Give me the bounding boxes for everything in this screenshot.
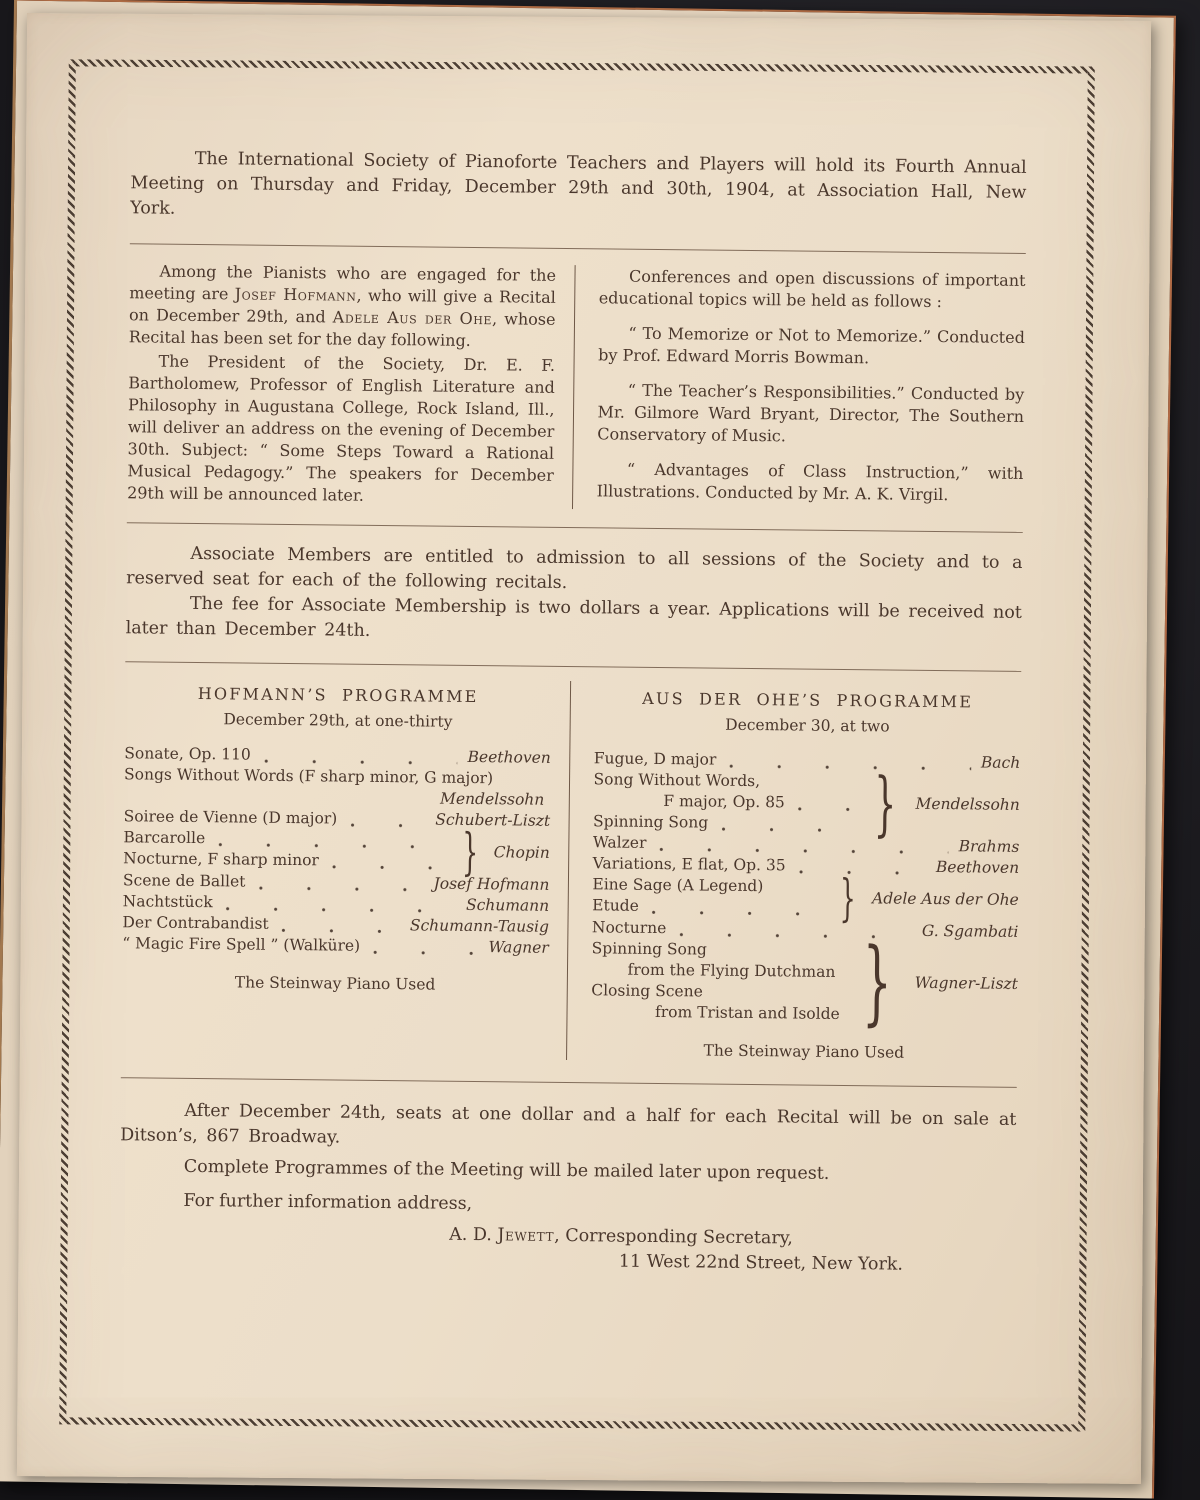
piece-name: Variations, E flat, Op. 35 [593,853,786,876]
program-page: The International Society of Pianoforte … [17,13,1151,1484]
programme-item-group: Spinning Song from the Flying Dutchman C… [591,938,1018,1027]
dot-leader [349,809,425,831]
intro-paragraph: The International Society of Pianoforte … [130,146,1027,231]
membership-section: Associate Members are entitled to admiss… [125,523,1022,671]
dot-leader [331,851,444,873]
composer-name: Mendelssohn [440,789,545,811]
brace-glyph: } [862,944,892,1022]
piece-name: Scene de Ballet [123,870,246,892]
piece-name: F major, Op. 85 [663,791,785,813]
composer-name: Schumann-Tausig [410,915,549,938]
composer-name: Wagner-Liszt [915,973,1018,995]
pianists-paragraph: Among the Pianists who are engaged for t… [129,260,556,353]
dot-leader [281,913,400,935]
dot-leader [217,828,444,851]
conference-topic-3: “ Advantages of Class Instruction,” with… [597,458,1024,507]
programme-item-group: Song Without Words, F major, Op. 85 Spin… [593,769,1020,837]
announcements-section: Among the Pianists who are engaged for t… [127,244,1026,532]
programme-title: HOFMANN’S PROGRAMME [125,682,552,708]
programme-item-group: Eine Sage (A Legend) Etude } Adele Aus d… [592,874,1019,921]
piece-name: from the Flying Dutchman [627,959,835,982]
piece-name: Nachtstück [123,891,213,913]
dot-leader [225,892,457,916]
composer-name: Adele Aus der Ohe [872,888,1019,911]
brace-glyph: } [462,831,478,874]
programme-subtitle: December 29th, at one-thirty [125,708,552,734]
photo-backdrop: { "intro": { "text": "The International … [0,0,1200,1500]
dot-leader [720,813,853,835]
conference-topic-2: “ The Teacher’s Responsibilities.” Condu… [597,379,1024,450]
composer-name: Beethoven [936,857,1019,879]
dot-leader [728,750,971,774]
piece-name: Spinning Song [593,811,708,833]
dot-leader [372,935,478,957]
programme-title: AUS DER OHE’S PROGRAMME [594,687,1021,713]
piece-name: Der Contrabandist [122,912,268,935]
brace-glyph: } [840,877,856,920]
steinway-note: The Steinway Piano Used [122,971,549,997]
piece-name: Sonate, Op. 110 [124,743,251,765]
piece-name: Fugue, D major [594,748,717,770]
composer-name: Brahms [959,836,1020,858]
page-content: The International Society of Pianoforte … [61,66,1088,1428]
piece-name: Nocturne, F sharp minor [123,848,319,871]
composer-name: Chopin [494,842,550,864]
piece-name: Soiree de Vienne (D major) [124,806,338,829]
composer-name: Josef Hofmann [433,873,549,895]
composer-name: Bach [981,752,1021,773]
hofmann-programme-column: HOFMANN’S PROGRAMME December 29th, at on… [121,676,570,1059]
composer-name: Schubert-Liszt [435,810,550,832]
piece-name: Eine Sage (A Legend) [592,875,763,898]
piece-name: Songs Without Words (F sharp minor, G ma… [124,764,493,789]
dot-leader [257,871,423,894]
composer-name: Schumann [466,894,549,916]
piece-name: Song Without Words, [593,769,760,792]
president-paragraph: The President of the Society, Dr. E. F. … [127,350,555,509]
programme-subtitle: December 30, at two [594,713,1021,739]
piece-name: from Tristan and Isolde [655,1001,840,1024]
dot-leader [798,856,926,878]
dot-leader [651,896,823,919]
composer-name: Mendelssohn [915,794,1020,816]
piece-name: Etude [592,896,639,918]
membership-paragraph-2: The fee for Associate Membership is two … [126,591,1022,651]
dot-leader [797,793,853,815]
conference-topic-1: “ To Memorize or Not to Memorize.” Condu… [598,322,1025,371]
piece-name: “ Magic Fire Spell ” (Walküre) [122,933,360,957]
closing-section: After December 24th, seats at one dollar… [119,1078,1017,1279]
closing-paragraph-1: After December 24th, seats at one dollar… [120,1098,1016,1158]
decorative-hatched-border: The International Society of Pianoforte … [59,59,1095,1431]
composer-name: Beethoven [467,747,550,769]
composer-name: Wagner [488,937,549,959]
closing-paragraph-3: For further information address, [119,1188,1015,1223]
conferences-intro-paragraph: Conferences and open discussions of impo… [599,265,1026,314]
composer-name: G. Sgambati [922,920,1019,942]
brace-glyph: } [874,774,897,834]
steinway-note: The Steinway Piano Used [591,1039,1018,1065]
programmes-section: HOFMANN’S PROGRAMME December 29th, at on… [121,662,1021,1086]
closing-paragraph-2: Complete Programmes of the Meeting will … [120,1154,1016,1189]
piece-name: Spinning Song [592,938,707,960]
ausderohe-programme-column: AUS DER OHE’S PROGRAMME December 30, at … [566,681,1022,1064]
dot-leader [263,745,458,768]
piece-name: Closing Scene [591,980,703,1002]
piece-name: Walzer [593,832,647,854]
announcements-right-column: Conferences and open discussions of impo… [571,265,1025,514]
piece-name: Barcarolle [123,827,205,849]
announcements-left-column: Among the Pianists who are engaged for t… [127,260,574,509]
programme-item-group: Barcarolle Nocturne, F sharp minor } Cho… [123,827,550,874]
piece-name: Nocturne [592,917,667,939]
